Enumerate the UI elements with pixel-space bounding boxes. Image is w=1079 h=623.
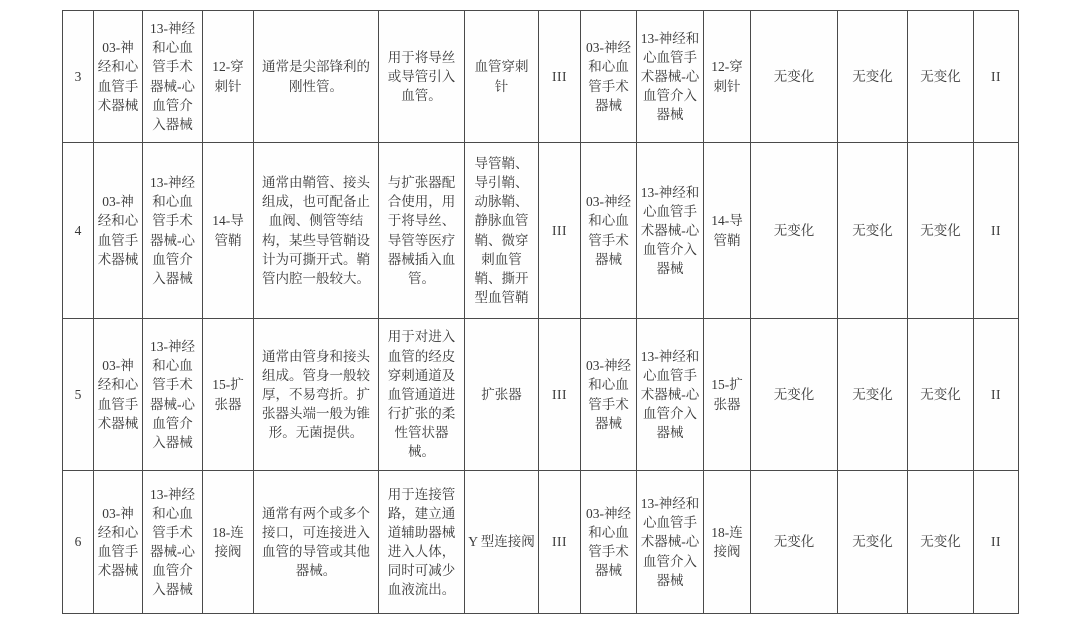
cell-intended-use-change: 无变化 [838, 11, 908, 143]
cell-product-description: 通常由管身和接头组成。管身一般较厚，不易弯折。扩张器头端一般为锥形。无菌提供。 [254, 319, 379, 471]
cell-original-subcategory: 13-神经和心血管手术器械-心血管介入器械 [143, 319, 203, 471]
document-page: 3 03-神经和心血管手术器械 13-神经和心血管手术器械-心血管介入器械 12… [62, 10, 1019, 614]
cell-description-change: 无变化 [751, 11, 838, 143]
cell-product-name-change: 无变化 [908, 143, 974, 319]
cell-original-class: III [539, 11, 581, 143]
cell-new-product-code: 14-导管鞘 [704, 143, 751, 319]
cell-intended-use: 用于连接管路，建立通道辅助器械进入人体，同时可减少血液流出。 [379, 471, 465, 614]
cell-new-category: 03-神经和心血管手术器械 [581, 11, 637, 143]
cell-product-name-examples: 血管穿刺针 [465, 11, 539, 143]
cell-original-subcategory: 13-神经和心血管手术器械-心血管介入器械 [143, 471, 203, 614]
cell-original-subcategory: 13-神经和心血管手术器械-心血管介入器械 [143, 143, 203, 319]
cell-description-change: 无变化 [751, 143, 838, 319]
cell-new-category: 03-神经和心血管手术器械 [581, 143, 637, 319]
cell-product-name-examples: Y 型连接阀 [465, 471, 539, 614]
cell-new-subcategory: 13-神经和心血管手术器械-心血管介入器械 [637, 11, 704, 143]
cell-original-product-code: 12-穿刺针 [203, 11, 254, 143]
cell-product-name-change: 无变化 [908, 11, 974, 143]
cell-original-subcategory: 13-神经和心血管手术器械-心血管介入器械 [143, 11, 203, 143]
cell-original-category: 03-神经和心血管手术器械 [94, 319, 143, 471]
table-row: 4 03-神经和心血管手术器械 13-神经和心血管手术器械-心血管介入器械 14… [63, 143, 1019, 319]
cell-product-name-change: 无变化 [908, 319, 974, 471]
cell-original-product-code: 15-扩张器 [203, 319, 254, 471]
cell-row-number: 6 [63, 471, 94, 614]
cell-intended-use: 用于将导丝或导管引入血管。 [379, 11, 465, 143]
cell-product-description: 通常有两个或多个接口，可连接进入血管的导管或其他器械。 [254, 471, 379, 614]
cell-original-product-code: 18-连接阀 [203, 471, 254, 614]
cell-original-class: III [539, 471, 581, 614]
classification-table: 3 03-神经和心血管手术器械 13-神经和心血管手术器械-心血管介入器械 12… [62, 10, 1019, 614]
cell-new-product-code: 12-穿刺针 [704, 11, 751, 143]
cell-row-number: 5 [63, 319, 94, 471]
cell-description-change: 无变化 [751, 471, 838, 614]
cell-original-category: 03-神经和心血管手术器械 [94, 11, 143, 143]
cell-product-name-change: 无变化 [908, 471, 974, 614]
cell-intended-use-change: 无变化 [838, 143, 908, 319]
cell-intended-use: 与扩张器配合使用，用于将导丝、导管等医疗器械插入血管。 [379, 143, 465, 319]
cell-product-description: 通常由鞘管、接头组成，也可配备止血阀、侧管等结构，某些导管鞘设计为可撕开式。鞘管… [254, 143, 379, 319]
table-row: 6 03-神经和心血管手术器械 13-神经和心血管手术器械-心血管介入器械 18… [63, 471, 1019, 614]
cell-original-class: III [539, 143, 581, 319]
cell-new-class: II [974, 11, 1019, 143]
cell-new-product-code: 18-连接阀 [704, 471, 751, 614]
cell-description-change: 无变化 [751, 319, 838, 471]
cell-intended-use: 用于对进入血管的经皮穿刺通道及血管通道进行扩张的柔性管状器械。 [379, 319, 465, 471]
cell-intended-use-change: 无变化 [838, 471, 908, 614]
cell-new-category: 03-神经和心血管手术器械 [581, 319, 637, 471]
cell-original-product-code: 14-导管鞘 [203, 143, 254, 319]
cell-original-category: 03-神经和心血管手术器械 [94, 143, 143, 319]
cell-new-product-code: 15-扩张器 [704, 319, 751, 471]
cell-product-description: 通常是尖部锋利的刚性管。 [254, 11, 379, 143]
cell-new-subcategory: 13-神经和心血管手术器械-心血管介入器械 [637, 143, 704, 319]
cell-product-name-examples: 导管鞘、导引鞘、动脉鞘、静脉血管鞘、微穿刺血管鞘、撕开型血管鞘 [465, 143, 539, 319]
cell-row-number: 3 [63, 11, 94, 143]
cell-product-name-examples: 扩张器 [465, 319, 539, 471]
table-row: 5 03-神经和心血管手术器械 13-神经和心血管手术器械-心血管介入器械 15… [63, 319, 1019, 471]
cell-new-class: II [974, 319, 1019, 471]
cell-new-class: II [974, 143, 1019, 319]
cell-new-class: II [974, 471, 1019, 614]
cell-new-subcategory: 13-神经和心血管手术器械-心血管介入器械 [637, 319, 704, 471]
table-row: 3 03-神经和心血管手术器械 13-神经和心血管手术器械-心血管介入器械 12… [63, 11, 1019, 143]
cell-row-number: 4 [63, 143, 94, 319]
cell-new-subcategory: 13-神经和心血管手术器械-心血管介入器械 [637, 471, 704, 614]
cell-new-category: 03-神经和心血管手术器械 [581, 471, 637, 614]
cell-original-class: III [539, 319, 581, 471]
cell-intended-use-change: 无变化 [838, 319, 908, 471]
cell-original-category: 03-神经和心血管手术器械 [94, 471, 143, 614]
